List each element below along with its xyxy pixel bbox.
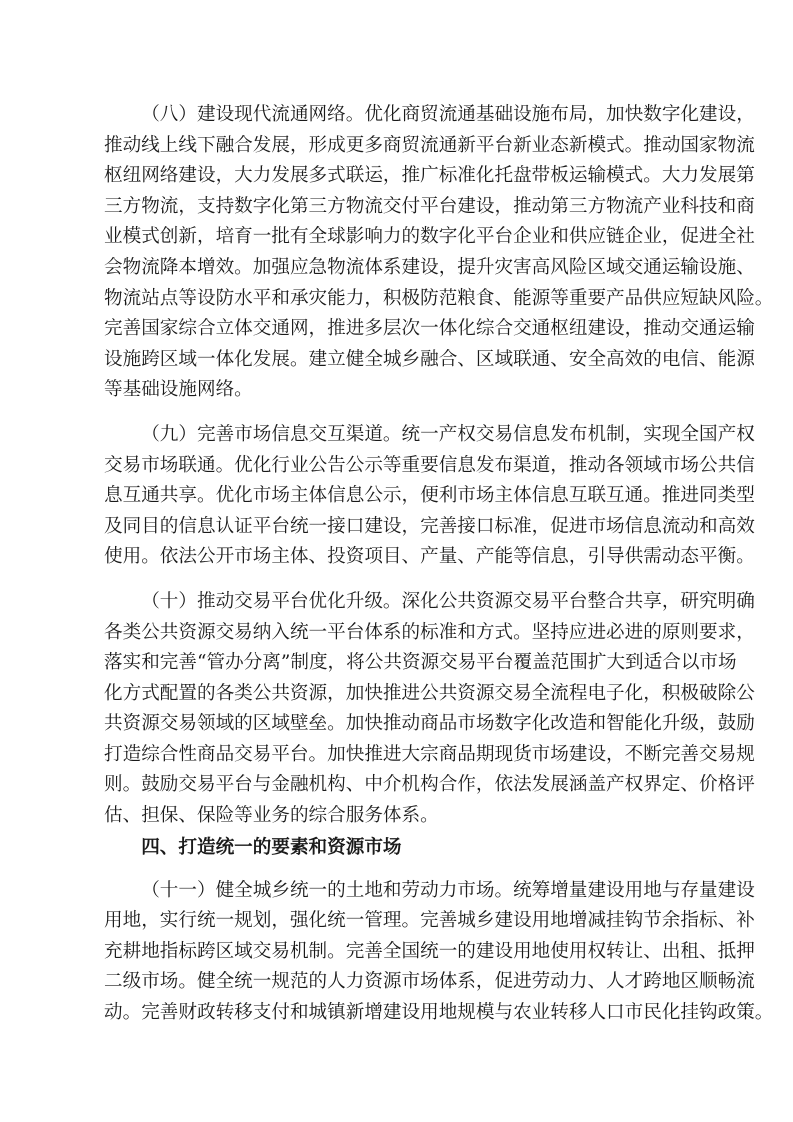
text-line: （十）推动交易平台优化升级。深化公共资源交易平台整合共享，研究明确 [104, 587, 674, 618]
text-line: （八）建设现代流通网络。优化商贸流通基础设施布局，加快数字化建设， [104, 100, 674, 131]
text-line: 设施跨区域一体化发展。建立健全城乡融合、区域联通、安全高效的电信、能源 [104, 345, 674, 376]
text-line: 二级市场。健全统一规范的人力资源市场体系，促进劳动力、人才跨地区顺畅流 [104, 967, 674, 998]
text-line: 各类公共资源交易纳入统一平台体系的标准和方式。坚持应进必进的原则要求， [104, 618, 674, 649]
paragraph-9: （九）完善市场信息交互渠道。统一产权交易信息发布机制，实现全国产权 交易市场联通… [104, 420, 674, 573]
text-line: 共资源交易领域的区域壁垒。加快推动商品市场数字化改造和智能化升级，鼓励 [104, 709, 674, 740]
text-line: 完善国家综合立体交通网，推进多层次一体化综合交通枢纽建设，推动交通运输 [104, 314, 674, 345]
text-line: 化方式配置的各类公共资源，加快推进公共资源交易全流程电子化，积极破除公 [104, 679, 674, 710]
text-line: 三方物流，支持数字化第三方物流交付平台建设，推动第三方物流产业科技和商 [104, 192, 674, 223]
text-line: 落实和完善“管办分离”制度，将公共资源交易平台覆盖范围扩大到适合以市场 [104, 648, 674, 679]
text-line: 动。完善财政转移支付和城镇新增建设用地规模与农业转移人口市民化挂钩政策。 [104, 998, 674, 1029]
text-line: 等基础设施网络。 [104, 375, 674, 406]
paragraph-11: （十一）健全城乡统一的土地和劳动力市场。统筹增量建设用地与存量建设 用地，实行统… [104, 876, 674, 1029]
text-line: （十一）健全城乡统一的土地和劳动力市场。统筹增量建设用地与存量建设 [104, 876, 674, 907]
text-line: 会物流降本增效。加强应急物流体系建设，提升灾害高风险区域交通运输设施、 [104, 253, 674, 284]
text-line: 枢纽网络建设，大力发展多式联运，推广标准化托盘带板运输模式。大力发展第 [104, 161, 674, 192]
document-page: （八）建设现代流通网络。优化商贸流通基础设施布局，加快数字化建设， 推动线上线下… [104, 100, 674, 1029]
text-line: （九）完善市场信息交互渠道。统一产权交易信息发布机制，实现全国产权 [104, 420, 674, 451]
text-line: 使用。依法公开市场主体、投资项目、产量、产能等信息，引导供需动态平衡。 [104, 542, 674, 573]
text-line: 及同目的信息认证平台统一接口建设，完善接口标准，促进市场信息流动和高效 [104, 512, 674, 543]
text-line: 息互通共享。优化市场主体信息公示，便利市场主体信息互联互通。推进同类型 [104, 481, 674, 512]
text-line: 推动线上线下融合发展，形成更多商贸流通新平台新业态新模式。推动国家物流 [104, 131, 674, 162]
section-heading: 四、打造统一的要素和资源市场 [104, 832, 674, 864]
text-line: 用地，实行统一规划，强化统一管理。完善城乡建设用地增减挂钩节余指标、补 [104, 906, 674, 937]
text-line: 则。鼓励交易平台与金融机构、中介机构合作，依法发展涵盖产权界定、价格评 [104, 770, 674, 801]
text-line: 打造综合性商品交易平台。加快推进大宗商品期现货市场建设，不断完善交易规 [104, 740, 674, 771]
text-line: 业模式创新，培育一批有全球影响力的数字化平台企业和供应链企业，促进全社 [104, 222, 674, 253]
paragraph-10: （十）推动交易平台优化升级。深化公共资源交易平台整合共享，研究明确 各类公共资源… [104, 587, 674, 832]
paragraph-8: （八）建设现代流通网络。优化商贸流通基础设施布局，加快数字化建设， 推动线上线下… [104, 100, 674, 406]
text-line: 充耕地指标跨区域交易机制。完善全国统一的建设用地使用权转让、出租、抵押 [104, 937, 674, 968]
text-line: 估、担保、保险等业务的综合服务体系。 [104, 801, 674, 832]
text-line: 物流站点等设防水平和承灾能力，积极防范粮食、能源等重要产品供应短缺风险。 [104, 284, 674, 315]
text-line: 交易市场联通。优化行业公告公示等重要信息发布渠道，推动各领域市场公共信 [104, 451, 674, 482]
